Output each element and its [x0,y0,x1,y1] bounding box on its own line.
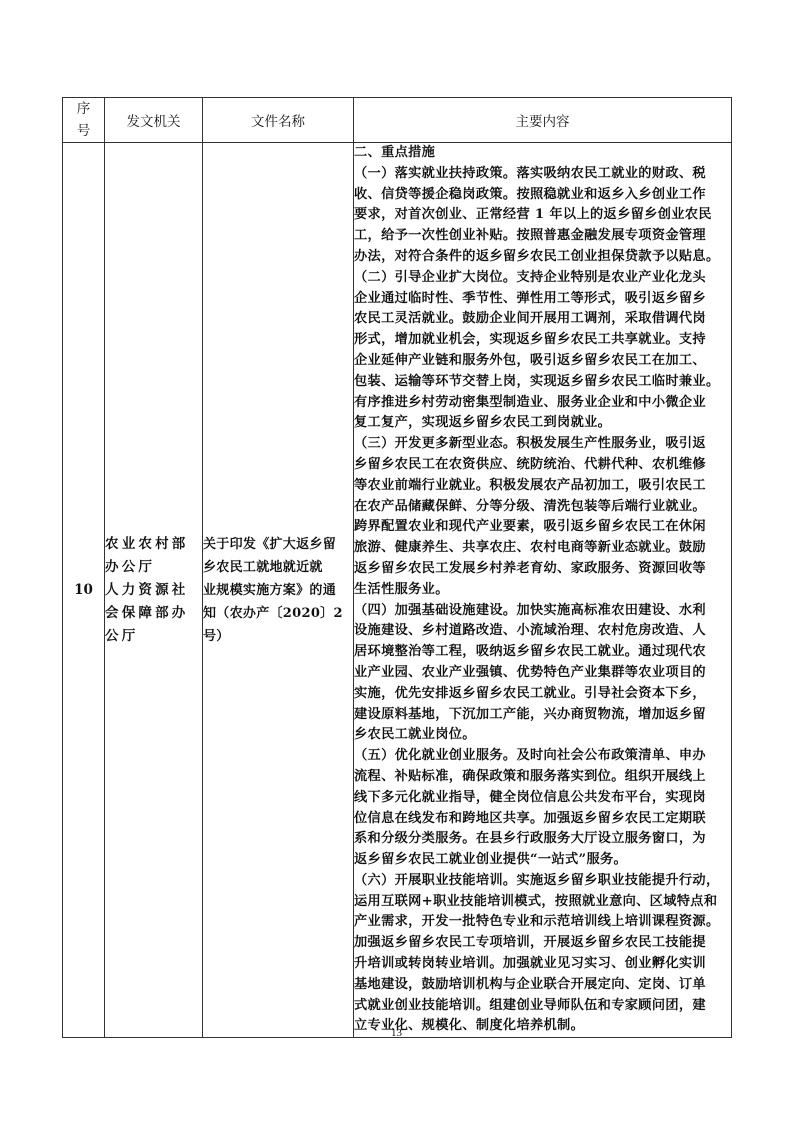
content-line: 线下多元化就业指导，健全岗位信息公共发布平台，实现岗 [354,788,731,809]
issuing-authority-line: 人力资源社 [105,579,202,602]
cell-issuing-authority: 农业农村部办公厅人力资源社会保障部办公厅 [105,143,203,1038]
content-line: 位信息在线发布和跨地区共享。加强返乡留乡农民工定期联 [354,809,731,830]
content-line: 要求，对首次创业、正常经营 1 年以上的返乡留乡创业农民 [354,205,731,226]
document-name-line: 业规模实施方案》的通 [203,579,353,602]
content-line: 企业通过临时性、季节性、弹性用工等形式，吸引返乡留乡 [354,289,731,310]
content-line: （五）优化就业创业服务。及时向社会公布政策清单、申办 [354,746,731,767]
content-line: 式就业创业技能培训。组建创业导师队伍和专家顾问团，建 [354,996,731,1017]
content-line: 工，给予一次性创业补贴。按照普惠金融发展专项资金管理 [354,226,731,247]
content-line: 升培训或转岗转业培训。加强就业见习实习、创业孵化实训 [354,954,731,975]
header-issuing-authority: 发文机关 [105,98,203,143]
content-line: 返乡留乡农民工发展乡村养老育幼、家政服务、资源回收等 [354,559,731,580]
document-name-line: 乡农民工就地就近就 [203,556,353,579]
header-document-name: 文件名称 [203,98,354,143]
content-line: 加强返乡留乡农民工专项培训，开展返乡留乡农民工技能提 [354,933,731,954]
content-line: 跨界配置农业和现代产业要素，吸引返乡留乡农民工在休闲 [354,517,731,538]
content-line: （六）开展职业技能培训。实施返乡留乡职业技能提升行动， [354,871,731,892]
content-line: 企业延伸产业链和服务外包，吸引返乡留乡农民工在加工、 [354,351,731,372]
issuing-authority-line: 农业农村部 [105,533,202,556]
content-line: 产业需求，开发一批特色专业和示范培训线上培训课程资源。 [354,912,731,933]
header-serial-number-line: 号 [63,120,104,142]
content-line: 有序推进乡村劳动密集型制造业、服务业企业和中小微企业 [354,393,731,414]
content-line: 业产业园、农业产业强镇、优势特色产业集群等农业项目的 [354,663,731,684]
content-line: （四）加强基础设施建设。加快实施高标准农田建设、水利 [354,601,731,622]
content-line: 乡留乡农民工在农资供应、统防统治、代耕代种、农机维修 [354,455,731,476]
issuing-authority-line: 公厅 [105,625,202,648]
header-serial-number: 序 号 [63,98,105,143]
content-line: （一）落实就业扶持政策。落实吸纳农民工就业的财政、税 [354,164,731,185]
cell-main-content: 二、重点措施（一）落实就业扶持政策。落实吸纳农民工就业的财政、税收、信贷等援企稳… [354,143,732,1038]
content-line: 居环境整治等工程，吸纳返乡留乡农民工就业。通过现代农 [354,642,731,663]
content-line: 形式，增加就业机会，实现返乡留乡农民工共享就业。支持 [354,330,731,351]
document-page: 序 号 发文机关 文件名称 主要内容 10 农业农村部办公厅人力资源社会保障部办… [0,0,793,1122]
issuing-authority-line: 办公厅 [105,556,202,579]
document-name-line: 关于印发《扩大返乡留 [203,533,353,556]
content-line: 二、重点措施 [354,143,731,164]
content-line: 旅游、健康养生、共享农庄、农村电商等新业态就业。鼓励 [354,538,731,559]
content-line: 实施，优先安排返乡留乡农民工就业。引导社会资本下乡， [354,684,731,705]
content-line: 运用互联网+职业技能培训模式，按照就业意向、区域特点和 [354,892,731,913]
document-name-line: 号） [203,625,353,648]
content-line: 设施建设、乡村道路改造、小流域治理、农村危房改造、人 [354,621,731,642]
table-row: 10 农业农村部办公厅人力资源社会保障部办公厅 关于印发《扩大返乡留乡农民工就地… [63,143,732,1038]
content-line: 办法，对符合条件的返乡留乡农民工创业担保贷款予以贴息。 [354,247,731,268]
content-line: 流程、补贴标准，确保政策和服务落实到位。组织开展线上 [354,767,731,788]
header-serial-number-line: 序 [63,98,104,120]
cell-document-name: 关于印发《扩大返乡留乡农民工就地就近就业规模实施方案》的通知（农办产〔2020〕… [203,143,354,1038]
content-line: 包装、运输等环节交替上岗，实现返乡留乡农民工临时兼业。 [354,372,731,393]
content-line: 系和分级分类服务。在县乡行政服务大厅设立服务窗口，为 [354,829,731,850]
page-number: 13 [0,1027,793,1039]
table-header-row: 序 号 发文机关 文件名称 主要内容 [63,98,732,143]
content-line: 农民工灵活就业。鼓励企业间开展用工调剂，采取借调代岗 [354,309,731,330]
policy-table: 序 号 发文机关 文件名称 主要内容 10 农业农村部办公厅人力资源社会保障部办… [62,97,732,1038]
content-line: 等农业前端行业就业。积极发展农产品初加工，吸引农民工 [354,476,731,497]
header-main-content: 主要内容 [354,98,732,143]
content-line: 基地建设，鼓励培训机构与企业联合开展定向、定岗、订单 [354,975,731,996]
cell-serial-number: 10 [63,143,105,1038]
content-line: 返乡留乡农民工就业创业提供“一站式”服务。 [354,850,731,871]
document-name-line: 知（农办产〔2020〕2 [203,602,353,625]
content-line: 建设原料基地，下沉加工产能，兴办商贸物流，增加返乡留 [354,705,731,726]
content-line: 生活性服务业。 [354,580,731,601]
content-line: （三）开发更多新型业态。积极发展生产性服务业，吸引返 [354,434,731,455]
content-line: 复工复产，实现返乡留乡农民工到岗就业。 [354,413,731,434]
issuing-authority-line: 会保障部办 [105,602,202,625]
content-line: 在农产品储藏保鲜、分等分级、清洗包装等后端行业就业。 [354,497,731,518]
content-line: （二）引导企业扩大岗位。支持企业特别是农业产业化龙头 [354,268,731,289]
content-line: 收、信贷等援企稳岗政策。按照稳就业和返乡入乡创业工作 [354,185,731,206]
content-line: 乡农民工就业岗位。 [354,725,731,746]
